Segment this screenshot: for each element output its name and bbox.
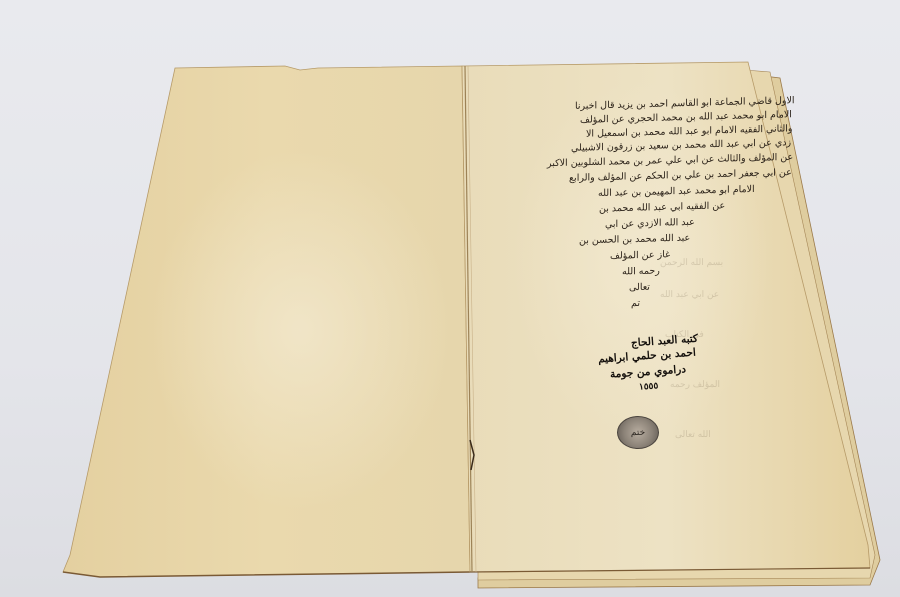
- text-line: تعالى: [629, 282, 650, 295]
- text-line: عبد الله الازدي عن ابي: [605, 217, 695, 231]
- text-line: رحمه الله: [622, 266, 660, 279]
- text-line: غاز عن المؤلف: [610, 249, 670, 263]
- stamp-text: ختم: [631, 428, 645, 438]
- colophon-date: ١٥٥٥: [638, 381, 658, 392]
- text-line: تم: [631, 298, 640, 310]
- manuscript-photo-scene: بسم الله الرحمن عن ابي عبد الله في الكتا…: [0, 0, 900, 597]
- seal-stamp-icon: ختم: [617, 416, 659, 449]
- open-manuscript: [0, 0, 900, 597]
